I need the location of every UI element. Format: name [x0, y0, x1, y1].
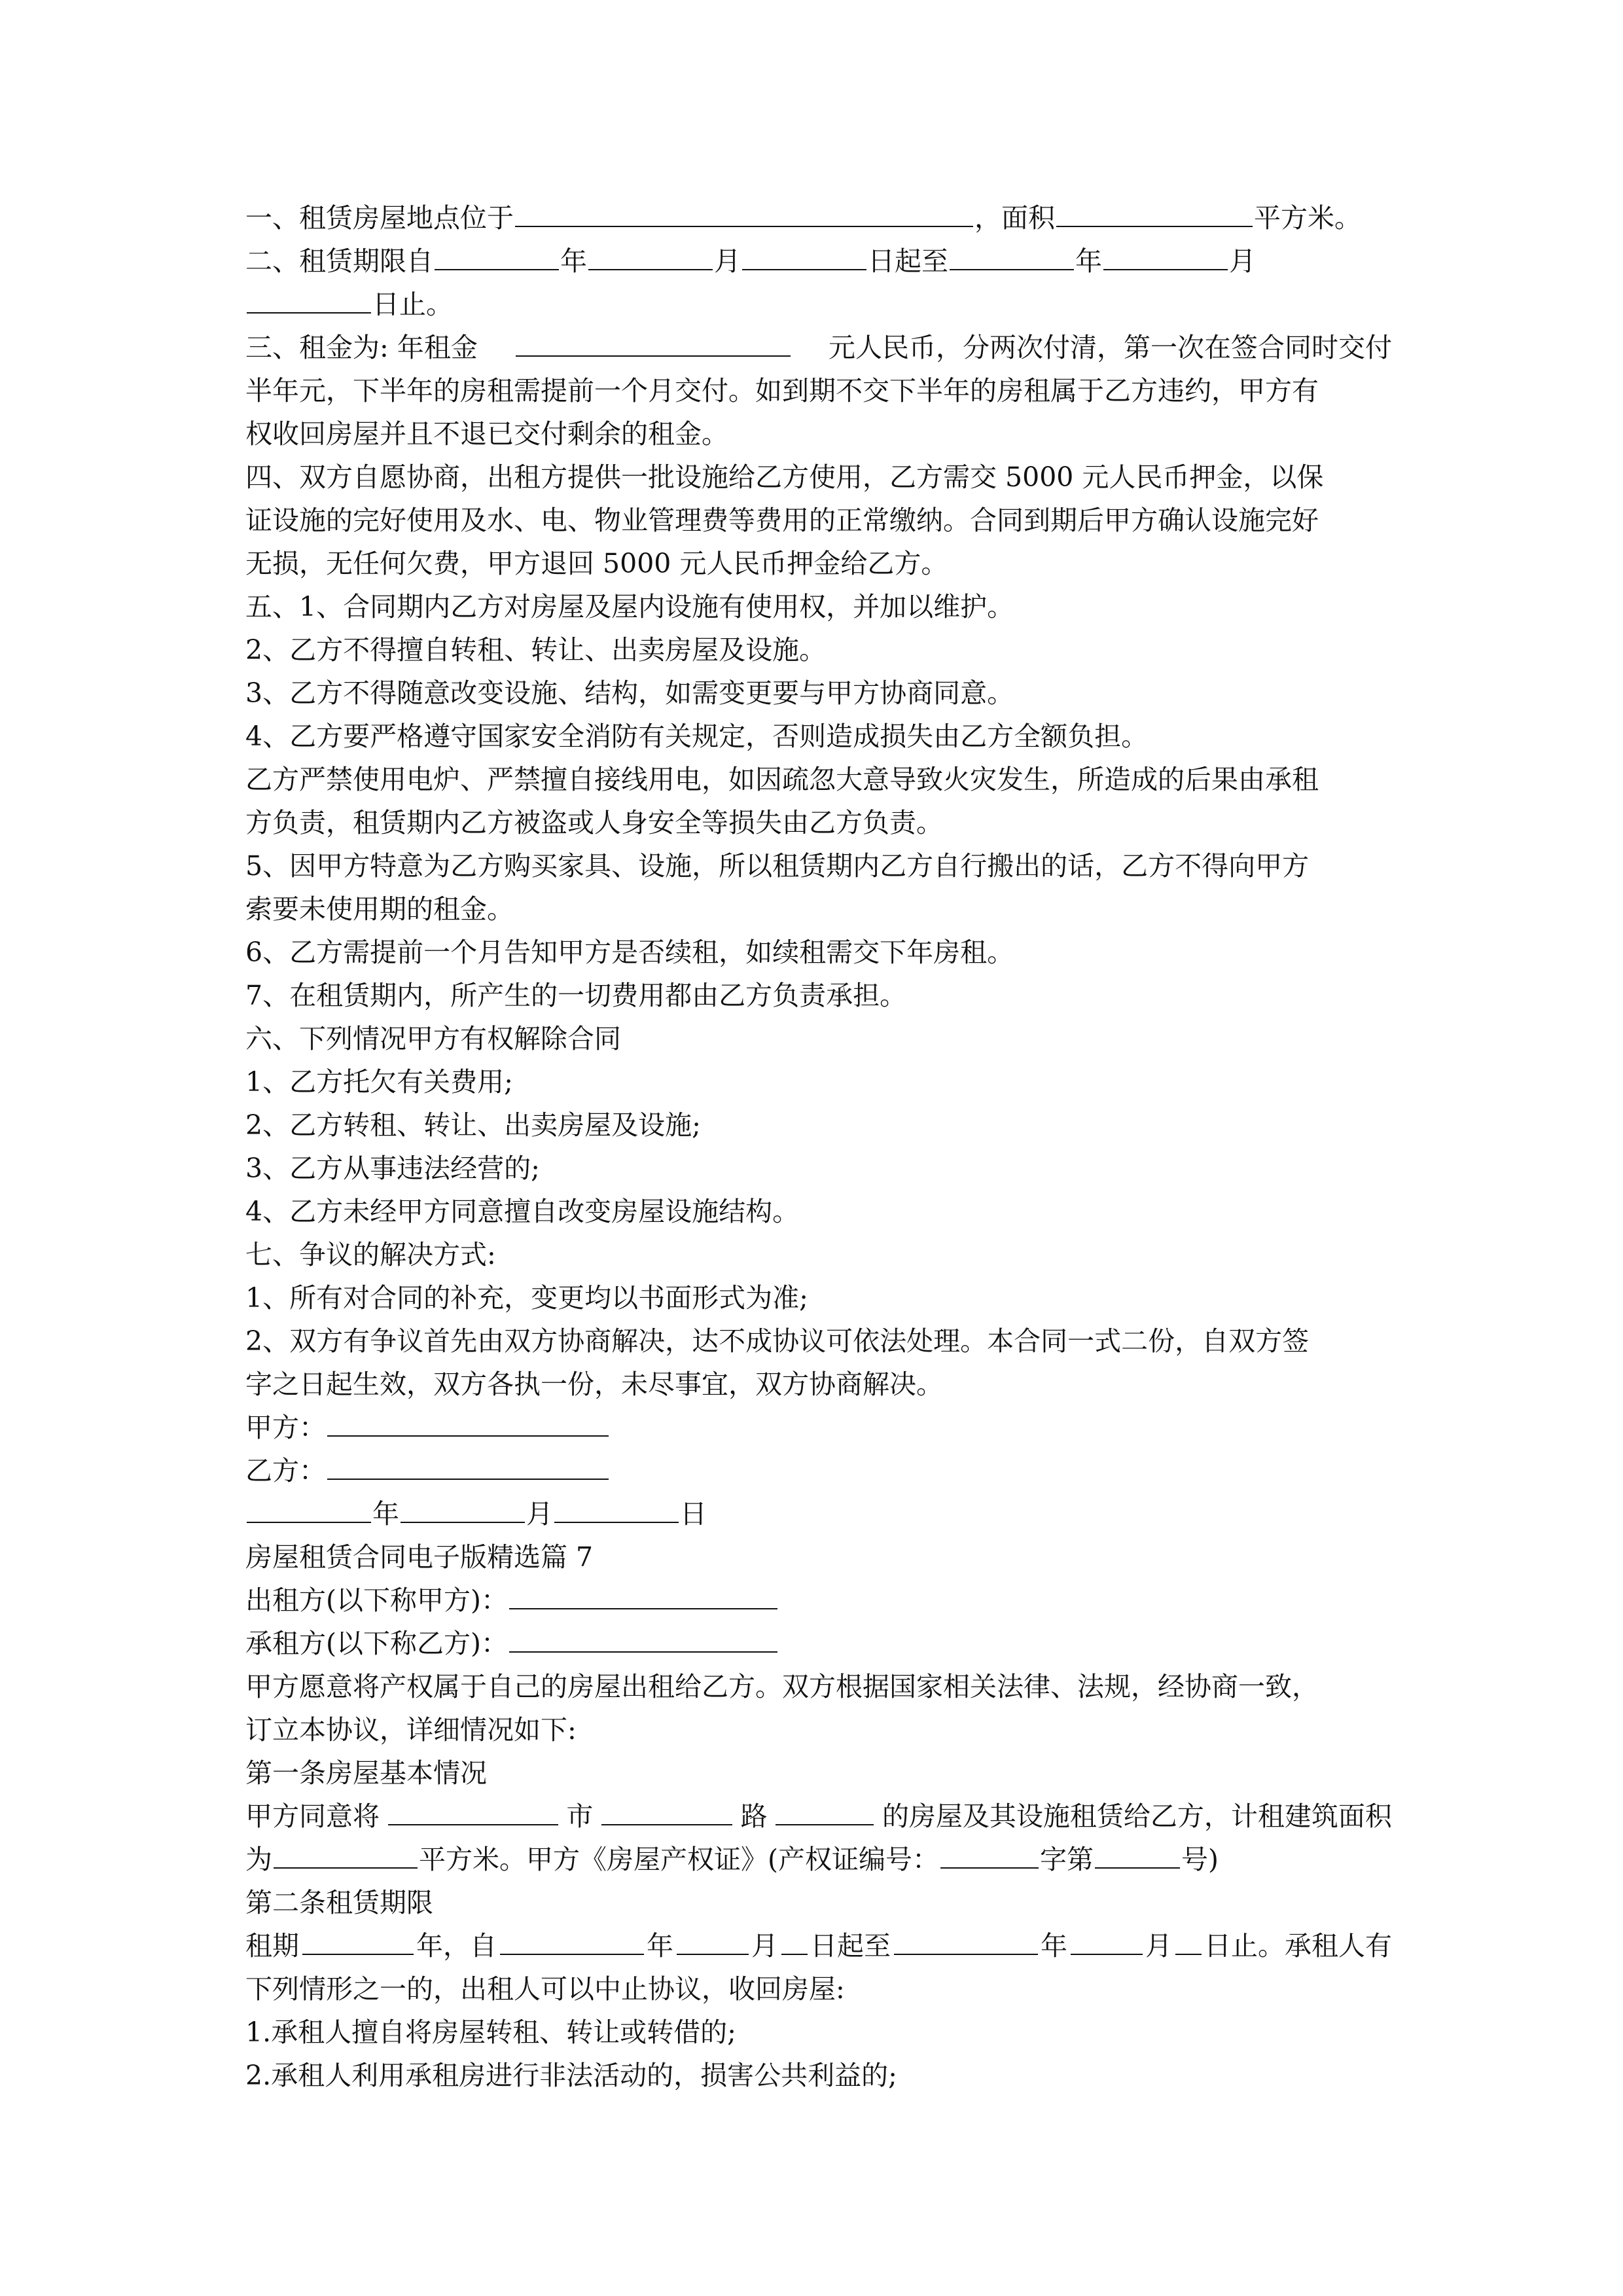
fill-in-blank: [1103, 240, 1228, 270]
line-text: 平方米。甲方《房屋产权证》(产权证编号：: [419, 1838, 939, 1881]
fill-in-blank: [327, 1450, 609, 1480]
document-line: 出租方(以下称甲方)：: [245, 1579, 1392, 1622]
line-text: 月: [714, 240, 741, 283]
document-line: 年月日: [245, 1492, 1392, 1535]
line-text: 路: [741, 1795, 768, 1838]
line-text: 日止。承租人有: [1204, 1924, 1392, 1967]
line-text: 5、因甲方特意为乙方购买家具、设施，所以租赁期内乙方自行搬出的话，乙方不得向甲方: [245, 844, 1309, 888]
document-line: 2.承租人利用承租房进行非法活动的，损害公共利益的;: [245, 2054, 1392, 2097]
line-text: 下列情形之一的，出租人可以中止协议，收回房屋:: [245, 1967, 845, 2011]
fill-in-blank: [894, 1925, 1038, 1955]
fill-in-blank: [950, 240, 1074, 270]
line-text: 日起至: [810, 1924, 891, 1967]
line-text: 承租方(以下称乙方)：: [245, 1622, 508, 1665]
line-text: 半年元，下半年的房租需提前一个月交付。如到期不交下半年的房租属于乙方违约，甲方有: [245, 369, 1319, 412]
line-text: 元人民币，分两次付清，第一次在签合同时交付: [829, 326, 1392, 369]
line-text: 6、乙方需提前一个月告知甲方是否续租，如续租需交下年房租。: [245, 931, 1014, 974]
document-line: 租期年，自年月日起至年月日止。承租人有: [245, 1924, 1392, 1967]
document-line: 2、双方有争议首先由双方协商解决，达不成协议可依法处理。本合同一式二份，自双方签: [245, 1319, 1392, 1363]
document-line: 甲方：: [245, 1406, 1392, 1449]
document-line: 一、租赁房屋地点位于，面积平方米。: [245, 196, 1392, 240]
document-line: 承租方(以下称乙方)：: [245, 1622, 1392, 1665]
fill-in-blank: [554, 1493, 679, 1523]
line-text: 月: [526, 1492, 553, 1535]
line-text: ，面积: [974, 196, 1055, 240]
line-text: 号): [1181, 1838, 1219, 1881]
fill-in-blank: [302, 1925, 414, 1955]
fill-in-blank: [435, 240, 559, 270]
line-text: 4、乙方未经甲方同意擅自改变房屋设施结构。: [245, 1190, 799, 1233]
contract-document: 一、租赁房屋地点位于，面积平方米。二、租赁期限自年月日起至年月日止。三、租金为:…: [245, 196, 1392, 2097]
line-text: 年: [372, 1492, 399, 1535]
document-line: 字之日起生效，双方各执一份，未尽事宜，双方协商解决。: [245, 1363, 1392, 1406]
line-text: 月: [1145, 1924, 1172, 1967]
document-line: 权收回房屋并且不退已交付剩余的租金。: [245, 412, 1392, 456]
line-text: 甲方：: [245, 1406, 326, 1449]
line-text: 2、乙方转租、转让、出卖房屋及设施;: [245, 1103, 701, 1147]
line-text: 3、乙方不得随意改变设施、结构，如需变更要与甲方协商同意。: [245, 672, 1014, 715]
line-text: 房屋租赁合同电子版精选篇 7: [245, 1535, 593, 1579]
document-line: 为平方米。甲方《房屋产权证》(产权证编号：字第号): [245, 1838, 1392, 1881]
line-text: 索要未使用期的租金。: [245, 888, 514, 931]
document-line: 第二条租赁期限: [245, 1881, 1392, 1924]
document-line: 方负责，租赁期内乙方被盗或人身安全等损失由乙方负责。: [245, 801, 1392, 844]
document-line: 2、乙方转租、转让、出卖房屋及设施;: [245, 1103, 1392, 1147]
fill-in-blank: [677, 1925, 749, 1955]
document-line: 证设施的完好使用及水、电、物业管理费等费用的正常缴纳。合同到期后甲方确认设施完好: [245, 499, 1392, 542]
document-line: 七、争议的解决方式:: [245, 1233, 1392, 1276]
fill-in-blank: [1056, 197, 1253, 227]
fill-in-blank: [247, 283, 371, 314]
line-text: 4、乙方要严格遵守国家安全消防有关规定，否则造成损失由乙方全额负担。: [245, 715, 1148, 758]
line-text: 出租方(以下称甲方)：: [245, 1579, 508, 1622]
document-line: 2、乙方不得擅自转租、转让、出卖房屋及设施。: [245, 628, 1392, 672]
line-text: 甲方愿意将产权属于自己的房屋出租给乙方。双方根据国家相关法律、法规，经协商一致，: [245, 1665, 1319, 1708]
line-text: 年，自: [416, 1924, 497, 1967]
fill-in-blank: [509, 1623, 777, 1653]
line-text: 方负责，租赁期内乙方被盗或人身安全等损失由乙方负责。: [245, 801, 943, 844]
document-line: 房屋租赁合同电子版精选篇 7: [245, 1535, 1392, 1579]
document-line: 订立本协议，详细情况如下:: [245, 1708, 1392, 1751]
fill-in-blank: [500, 1925, 644, 1955]
document-line: 1、乙方托欠有关费用;: [245, 1060, 1392, 1103]
fill-in-blank: [742, 240, 866, 270]
line-text: 日起至: [868, 240, 948, 283]
fill-in-blank: [388, 1795, 558, 1825]
document-line: 甲方同意将市路的房屋及其设施租赁给乙方，计租建筑面积: [245, 1795, 1392, 1838]
document-line: 半年元，下半年的房租需提前一个月交付。如到期不交下半年的房租属于乙方违约，甲方有: [245, 369, 1392, 412]
line-text: 四、双方自愿协商，出租方提供一批设施给乙方使用，乙方需交 5000 元人民币押金…: [245, 456, 1323, 499]
line-text: 权收回房屋并且不退已交付剩余的租金。: [245, 412, 728, 456]
line-text: 日: [680, 1492, 707, 1535]
document-line: 三、租金为: 年租金元人民币，分两次付清，第一次在签合同时交付: [245, 326, 1392, 369]
document-line: 二、租赁期限自年月日起至年月: [245, 240, 1392, 283]
document-line: 日止。: [245, 283, 1392, 326]
document-line: 3、乙方从事违法经营的;: [245, 1147, 1392, 1190]
fill-in-blank: [515, 197, 973, 227]
line-text: 日止。: [372, 283, 453, 326]
line-text: 甲方同意将: [245, 1795, 380, 1838]
line-text: 第二条租赁期限: [245, 1881, 433, 1924]
line-text: 年: [647, 1924, 673, 1967]
fill-in-blank: [776, 1795, 874, 1825]
fill-in-blank: [940, 1839, 1039, 1869]
line-text: 乙方：: [245, 1449, 326, 1492]
document-line: 六、下列情况甲方有权解除合同: [245, 1017, 1392, 1060]
fill-in-blank: [1175, 1925, 1202, 1955]
fill-in-blank: [1095, 1839, 1180, 1869]
line-text: 字之日起生效，双方各执一份，未尽事宜，双方协商解决。: [245, 1363, 943, 1406]
document-line: 四、双方自愿协商，出租方提供一批设施给乙方使用，乙方需交 5000 元人民币押金…: [245, 456, 1392, 499]
line-text: 订立本协议，详细情况如下:: [245, 1708, 577, 1751]
document-line: 4、乙方要严格遵守国家安全消防有关规定，否则造成损失由乙方全额负担。: [245, 715, 1392, 758]
line-text: 7、在租赁期内，所产生的一切费用都由乙方负责承担。: [245, 974, 906, 1017]
line-text: 证设施的完好使用及水、电、物业管理费等费用的正常缴纳。合同到期后甲方确认设施完好: [245, 499, 1319, 542]
line-text: 乙方严禁使用电炉、严禁擅自接线用电，如因疏忽大意导致火灾发生，所造成的后果由承租: [245, 758, 1319, 801]
line-text: 七、争议的解决方式:: [245, 1233, 496, 1276]
line-text: 年: [1041, 1924, 1067, 1967]
fill-in-blank: [1071, 1925, 1143, 1955]
document-line: 1.承租人擅自将房屋转租、转让或转借的;: [245, 2011, 1392, 2054]
line-text: 2.承租人利用承租房进行非法活动的，损害公共利益的;: [245, 2054, 897, 2097]
line-text: 无损，无任何欠费，甲方退回 5000 元人民币押金给乙方。: [245, 542, 948, 585]
line-text: 3、乙方从事违法经营的;: [245, 1147, 540, 1190]
line-text: 三、租金为: 年租金: [245, 326, 478, 369]
document-line: 第一条房屋基本情况: [245, 1751, 1392, 1795]
line-text: 年: [560, 240, 587, 283]
document-line: 乙方：: [245, 1449, 1392, 1492]
document-line: 下列情形之一的，出租人可以中止协议，收回房屋:: [245, 1967, 1392, 2011]
fill-in-blank: [588, 240, 713, 270]
fill-in-blank: [509, 1579, 777, 1609]
document-line: 五、1、合同期内乙方对房屋及屋内设施有使用权，并加以维护。: [245, 585, 1392, 628]
fill-in-blank: [274, 1839, 418, 1869]
document-line: 甲方愿意将产权属于自己的房屋出租给乙方。双方根据国家相关法律、法规，经协商一致，: [245, 1665, 1392, 1708]
document-line: 7、在租赁期内，所产生的一切费用都由乙方负责承担。: [245, 974, 1392, 1017]
document-line: 6、乙方需提前一个月告知甲方是否续租，如续租需交下年房租。: [245, 931, 1392, 974]
line-text: 年: [1075, 240, 1102, 283]
document-line: 3、乙方不得随意改变设施、结构，如需变更要与甲方协商同意。: [245, 672, 1392, 715]
line-text: 月: [751, 1924, 778, 1967]
fill-in-blank: [401, 1493, 525, 1523]
fill-in-blank: [247, 1493, 371, 1523]
line-text: 的房屋及其设施租赁给乙方，计租建筑面积: [882, 1795, 1392, 1838]
line-text: 字第: [1040, 1838, 1094, 1881]
line-text: 2、乙方不得擅自转租、转让、出卖房屋及设施。: [245, 628, 826, 672]
document-line: 5、因甲方特意为乙方购买家具、设施，所以租赁期内乙方自行搬出的话，乙方不得向甲方: [245, 844, 1392, 888]
line-text: 二、租赁期限自: [245, 240, 433, 283]
document-line: 1、所有对合同的补充，变更均以书面形式为准;: [245, 1276, 1392, 1319]
fill-in-blank: [516, 327, 791, 357]
line-text: 市: [566, 1795, 593, 1838]
fill-in-blank: [327, 1407, 609, 1437]
document-line: 4、乙方未经甲方同意擅自改变房屋设施结构。: [245, 1190, 1392, 1233]
line-text: 六、下列情况甲方有权解除合同: [245, 1017, 621, 1060]
line-text: 1、所有对合同的补充，变更均以书面形式为准;: [245, 1276, 808, 1319]
line-text: 平方米。: [1254, 196, 1361, 240]
line-text: 1.承租人擅自将房屋转租、转让或转借的;: [245, 2011, 736, 2054]
fill-in-blank: [601, 1795, 732, 1825]
line-text: 租期: [245, 1924, 299, 1967]
line-text: 五、1、合同期内乙方对房屋及屋内设施有使用权，并加以维护。: [245, 585, 1014, 628]
line-text: 一、租赁房屋地点位于: [245, 196, 514, 240]
line-text: 第一条房屋基本情况: [245, 1751, 487, 1795]
line-text: 为: [245, 1838, 272, 1881]
document-line: 乙方严禁使用电炉、严禁擅自接线用电，如因疏忽大意导致火灾发生，所造成的后果由承租: [245, 758, 1392, 801]
line-text: 1、乙方托欠有关费用;: [245, 1060, 513, 1103]
document-line: 无损，无任何欠费，甲方退回 5000 元人民币押金给乙方。: [245, 542, 1392, 585]
line-text: 2、双方有争议首先由双方协商解决，达不成协议可依法处理。本合同一式二份，自双方签: [245, 1319, 1309, 1363]
line-text: 月: [1229, 240, 1256, 283]
document-line: 索要未使用期的租金。: [245, 888, 1392, 931]
fill-in-blank: [781, 1925, 808, 1955]
